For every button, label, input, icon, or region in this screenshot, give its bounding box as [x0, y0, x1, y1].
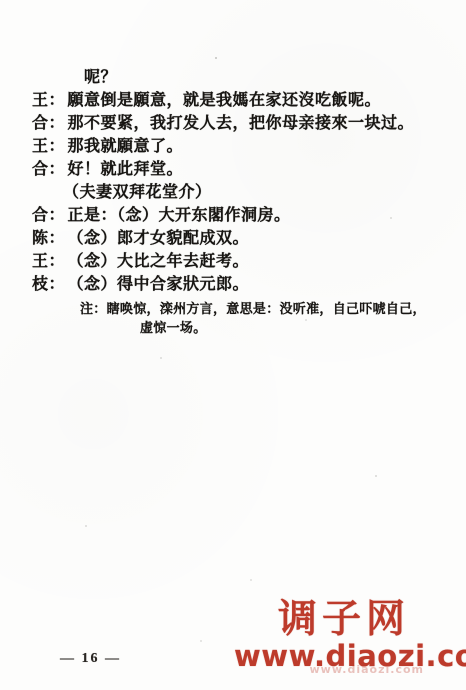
dialogue-text: 那我就願意了。: [68, 138, 184, 155]
dialogue-text: 好！就此拜堂。: [68, 161, 184, 178]
verse-text: （念）大比之年去赶考。: [68, 253, 250, 270]
script-text-block: 呢？ 王： 願意倒是願意，就是我媽在家还沒吃飯呢。 合： 那不要紧，我打发人去，…: [32, 66, 436, 337]
speaker-label: 合：: [32, 158, 63, 181]
continuation-text: 呢？: [84, 69, 117, 86]
scan-noise-speckles: [215, 57, 217, 59]
speaker-label: 王：: [32, 89, 63, 112]
speaker-label: 王：: [32, 250, 63, 273]
stage-direction-text: （夫妻双拜花堂介）: [63, 184, 212, 201]
footnote-line-2: 虚惊一场。: [80, 318, 436, 337]
footnote-label: 注：: [80, 301, 107, 316]
verse-line: 合： 正是：（念）大开东閣作洞房。: [32, 204, 436, 227]
verse-text: （念）得中合家狀元郎。: [68, 276, 250, 293]
stage-direction: （夫妻双拜花堂介）: [32, 181, 436, 204]
dialogue-line: 王： 那我就願意了。: [32, 135, 436, 158]
dialogue-line: 王： 願意倒是願意，就是我媽在家还沒吃飯呢。: [32, 89, 436, 112]
speaker-label: 王：: [32, 135, 63, 158]
watermark-echo-text: www.diaozi.com: [310, 664, 424, 675]
dialogue-text: 願意倒是願意，就是我媽在家还沒吃飯呢。: [68, 92, 382, 109]
dialogue-line: 合： 那不要紧，我打发人去，把你母亲接來一块过。: [32, 112, 436, 135]
dialogue-line: 合： 好！就此拜堂。: [32, 158, 436, 181]
verse-line: 王： （念）大比之年去赶考。: [32, 250, 436, 273]
watermark-site-name: 调子网: [234, 600, 464, 639]
verse-text: （念）郎才女貌配成双。: [68, 230, 250, 247]
speaker-label: 合：: [32, 204, 63, 227]
verse-text: 正是：（念）大开东閣作洞房。: [68, 207, 291, 224]
footnote-text: 虚惊一场。: [140, 320, 207, 335]
footnote: 注：瞎唤惊，滦州方言，意思是：没听准，自己吓唬自己， 虚惊一场。: [32, 299, 436, 337]
page-number: — 16 —: [60, 651, 121, 667]
speaker-label: 陈：: [32, 227, 63, 250]
speaker-label: 枝：: [32, 273, 63, 296]
speaker-label: 合：: [32, 112, 63, 135]
footnote-text: 瞎唤惊，滦州方言，意思是：没听准，自己吓唬自己，: [107, 301, 426, 316]
verse-line: 陈： （念）郎才女貌配成双。: [32, 227, 436, 250]
verse-line: 枝： （念）得中合家狀元郎。: [32, 273, 436, 296]
scanned-script-page: 呢？ 王： 願意倒是願意，就是我媽在家还沒吃飯呢。 合： 那不要紧，我打发人去，…: [0, 0, 466, 690]
watermark: 调子网 www.diaozi.com www.diaozi.com: [234, 600, 464, 671]
footnote-line-1: 注：瞎唤惊，滦州方言，意思是：没听准，自己吓唬自己，: [80, 299, 436, 318]
dialogue-text: 那不要紧，我打发人去，把你母亲接來一块过。: [68, 115, 415, 132]
continuation-line: 呢？: [32, 66, 436, 89]
